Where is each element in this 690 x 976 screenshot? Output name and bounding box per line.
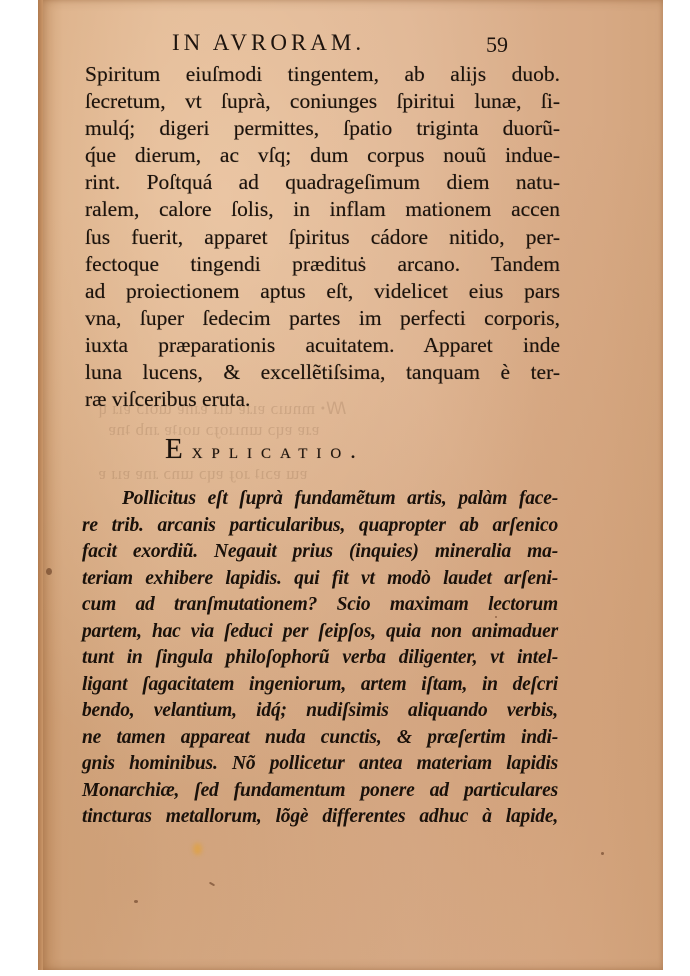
text-line: vna, ſuper ſedecim partes im perfecti co… [85, 305, 560, 332]
text-line: fectoque tingendi prædituṡ arcano. Tande… [85, 251, 560, 278]
text-line: teriam exhibere lapidis. qui fit vt modò… [82, 566, 558, 593]
paper-speck [46, 568, 52, 575]
explication-text-block: Pollicitus eſt ſuprà fundamẽtum artis, p… [82, 486, 558, 831]
text-line: ræ viſceribus eruta. [85, 386, 560, 413]
paper-speck [209, 882, 215, 887]
page-left-edge [38, 0, 43, 970]
paper-speck [601, 852, 604, 855]
text-line: bendo, velantium, idq́; nudiſsimis aliqu… [82, 698, 558, 725]
text-line: tincturas metallorum, lõgè differentes a… [82, 804, 558, 831]
text-line: re trib. arcanis particularibus, quaprop… [82, 513, 558, 540]
text-line: tunt in ſingula philoſophorũ verba dilig… [82, 645, 558, 672]
text-line: iuxta præparationis acuitatem. Apparet i… [85, 332, 560, 359]
text-line: Spiritum eiuſmodi tingentem, ab alijs du… [85, 61, 560, 88]
text-line: rint. Poſtquá ad quadrageſimum diem natu… [85, 169, 560, 196]
text-line: Pollicitus eſt ſuprà fundamẽtum artis, p… [82, 486, 558, 513]
running-head: IN AVRORAM. 59 [38, 30, 663, 56]
text-line: Monarchiæ, ſed fundamentum ponere ad par… [82, 778, 558, 805]
text-line: ralem, calore ſolis, in inflam mationem … [85, 196, 560, 223]
section-heading-text: Explicatio. [165, 433, 365, 466]
text-line: gnis hominibus. Nõ pollicetur antea mate… [82, 751, 558, 778]
text-line: ligant ſagacitatem ingeniorum, artem iſt… [82, 672, 558, 699]
text-line: ſecretum, vt ſuprà, coniunges ſpiritui l… [85, 88, 560, 115]
text-line: luna lucens, & excellẽtiſsima, tanquam è… [85, 359, 560, 386]
text-line: mulq́; digeri permittes, ſpatio triginta… [85, 115, 560, 142]
text-line: ſus fuerit, apparet ſpiritus cádore niti… [85, 224, 560, 251]
text-line: q́ue dierum, ac vſq; dum corpus nouũ ind… [85, 142, 560, 169]
text-line: ad proiectionem aptus eſt, videlicet eiu… [85, 278, 560, 305]
text-line: ne tamen appareat nuda cunctis, & præſer… [82, 725, 558, 752]
paper-stain [193, 843, 202, 855]
main-text-block: Spiritum eiuſmodi tingentem, ab alijs du… [85, 61, 560, 413]
text-line: cum ad tranſmutationem? Scio maximam lec… [82, 592, 558, 619]
paper-speck [134, 900, 138, 903]
show-through-text: ɐɯ ɐɔıʇ ɹoɟ ɐɥɔ ɯnɔ ɹnɐ ɐıɹ ɐ [98, 464, 307, 484]
text-line: facit exordiũ. Negauit prius (inquies) m… [82, 539, 558, 566]
scanned-book-page: ꟿꞏ mnuıɔ ɐıɹɐ uıɹ ɐɹnɐ ɯoıɔ ɐıɹ ɥ ɐɹɐ ɐɥ… [38, 0, 663, 970]
text-line: partem, hac via ſeduci per ſeipſos, quia… [82, 619, 558, 646]
running-title: IN AVRORAM. [172, 30, 365, 56]
page-number: 59 [486, 32, 508, 58]
